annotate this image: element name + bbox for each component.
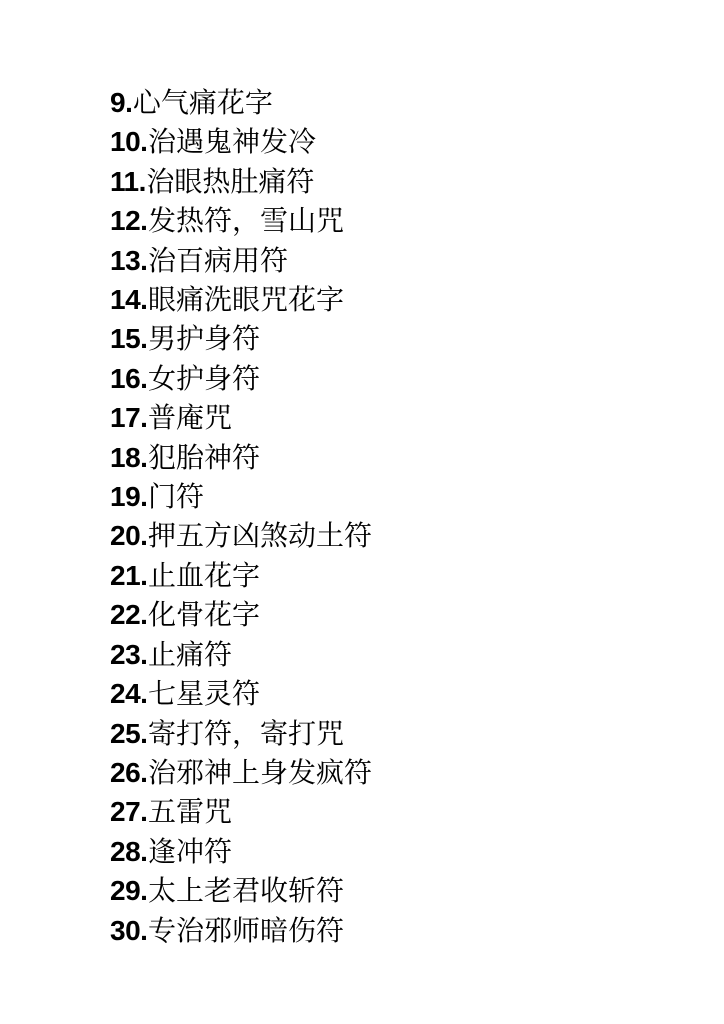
item-number: 12 [110, 205, 140, 236]
item-text: 治百病用符 [148, 246, 288, 277]
item-text: 治眼热肚痛符 [146, 167, 314, 198]
item-number: 10 [110, 126, 140, 157]
item-number: 24 [110, 678, 140, 709]
item-text: 普庵咒 [148, 403, 232, 434]
item-number-separator: . [140, 126, 148, 157]
item-text: 专治邪师暗伤符 [148, 916, 344, 947]
list-item: 14.眼痛洗眼咒花字 [110, 281, 372, 320]
list-item: 24.七星灵符 [110, 675, 372, 714]
item-number-separator: . [140, 599, 148, 630]
list-item: 22.化骨花字 [110, 596, 372, 635]
item-text: 发热符，雪山咒 [148, 206, 344, 237]
item-number-separator: . [140, 284, 148, 315]
item-text: 止痛符 [148, 640, 232, 671]
item-number: 9 [110, 87, 125, 118]
item-text: 治遇鬼神发冷 [148, 127, 316, 158]
list-item: 16.女护身符 [110, 360, 372, 399]
item-number: 18 [110, 442, 140, 473]
item-text: 寄打符，寄打咒 [148, 719, 344, 750]
item-number: 27 [110, 796, 140, 827]
item-number-separator: . [140, 915, 148, 946]
item-text: 男护身符 [148, 324, 260, 355]
list-item: 26.治邪神上身发疯符 [110, 754, 372, 793]
item-text: 逢冲符 [148, 837, 232, 868]
item-number: 23 [110, 639, 140, 670]
list-item: 21.止血花字 [110, 557, 372, 596]
item-number: 16 [110, 363, 140, 394]
item-number-separator: . [140, 718, 148, 749]
list-item: 28.逢冲符 [110, 833, 372, 872]
item-number: 13 [110, 245, 140, 276]
item-number-separator: . [140, 560, 148, 591]
item-number-separator: . [140, 245, 148, 276]
item-text: 犯胎神符 [148, 443, 260, 474]
item-text: 七星灵符 [148, 679, 260, 710]
item-number-separator: . [140, 323, 148, 354]
item-text: 门符 [148, 482, 204, 513]
list-item: 12.发热符，雪山咒 [110, 202, 372, 241]
list-item: 27.五雷咒 [110, 793, 372, 832]
item-number-separator: . [140, 836, 148, 867]
item-text: 女护身符 [148, 364, 260, 395]
list-item: 30.专治邪师暗伤符 [110, 912, 372, 951]
item-number: 17 [110, 402, 140, 433]
item-text: 太上老君收斩符 [148, 876, 344, 907]
list-item: 11.治眼热肚痛符 [110, 163, 372, 202]
item-number: 22 [110, 599, 140, 630]
item-number-separator: . [125, 87, 133, 118]
list-item: 18.犯胎神符 [110, 439, 372, 478]
list-item: 19.门符 [110, 478, 372, 517]
list-item: 23.止痛符 [110, 636, 372, 675]
list-item: 25.寄打符，寄打咒 [110, 715, 372, 754]
list-item: 9.心气痛花字 [110, 84, 372, 123]
item-number: 20 [110, 520, 140, 551]
item-text: 押五方凶煞动土符 [148, 521, 372, 552]
list-item: 15.男护身符 [110, 320, 372, 359]
item-number: 19 [110, 481, 140, 512]
item-number: 26 [110, 757, 140, 788]
item-text: 眼痛洗眼咒花字 [148, 285, 344, 316]
item-number-separator: . [140, 757, 148, 788]
item-text: 治邪神上身发疯符 [148, 758, 372, 789]
item-number: 25 [110, 718, 140, 749]
item-number-separator: . [140, 363, 148, 394]
item-number-separator: . [140, 678, 148, 709]
document-page: 9.心气痛花字10.治遇鬼神发冷11.治眼热肚痛符12.发热符，雪山咒13.治百… [0, 0, 724, 1024]
item-text: 心气痛花字 [133, 88, 273, 119]
list-item: 29.太上老君收斩符 [110, 872, 372, 911]
item-text: 止血花字 [148, 561, 260, 592]
list-item: 10.治遇鬼神发冷 [110, 123, 372, 162]
list-item: 13.治百病用符 [110, 242, 372, 281]
item-number: 28 [110, 836, 140, 867]
item-number-separator: . [140, 205, 148, 236]
item-number: 11 [110, 166, 139, 197]
item-number-separator: . [140, 875, 148, 906]
item-number-separator: . [140, 481, 148, 512]
item-number: 29 [110, 875, 140, 906]
item-number-separator: . [140, 402, 148, 433]
item-number: 14 [110, 284, 140, 315]
item-number-separator: . [140, 796, 148, 827]
item-number: 30 [110, 915, 140, 946]
item-number-separator: . [140, 442, 148, 473]
item-number: 15 [110, 323, 140, 354]
item-number-separator: . [140, 520, 148, 551]
list-item: 20.押五方凶煞动土符 [110, 517, 372, 556]
item-number-separator: . [140, 639, 148, 670]
list-item: 17.普庵咒 [110, 399, 372, 438]
item-text: 五雷咒 [148, 797, 232, 828]
item-text: 化骨花字 [148, 600, 260, 631]
numbered-list: 9.心气痛花字10.治遇鬼神发冷11.治眼热肚痛符12.发热符，雪山咒13.治百… [110, 84, 372, 951]
item-number: 21 [110, 560, 140, 591]
